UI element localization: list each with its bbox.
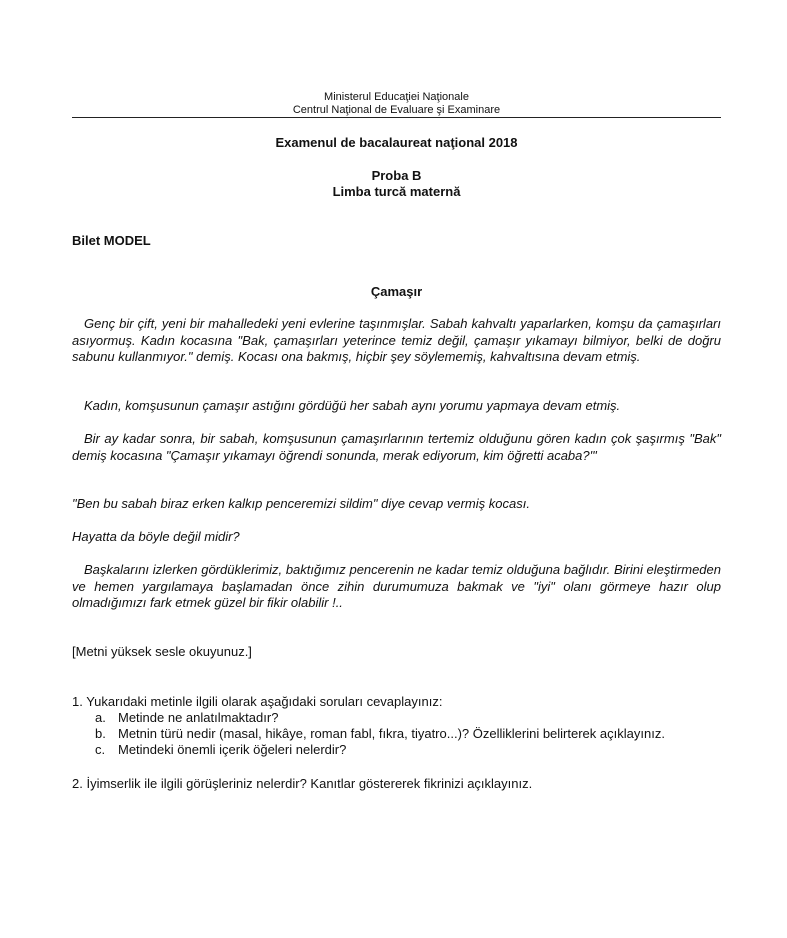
evaluation-center-name: Centrul Naţional de Evaluare şi Examinar… bbox=[72, 104, 721, 117]
header-divider bbox=[72, 117, 721, 118]
question-1-text: 1. Yukarıdaki metinle ilgili olarak aşağ… bbox=[72, 694, 721, 710]
subitem-text: Metnin türü nedir (masal, hikâye, roman … bbox=[118, 726, 665, 741]
subitem-text: Metinde ne anlatılmaktadır? bbox=[118, 710, 278, 725]
story-paragraph: "Ben bu sabah biraz erken kalkıp pencere… bbox=[72, 496, 721, 513]
subitem-marker: b. bbox=[95, 726, 106, 742]
exam-title: Examenul de bacalaureat naţional 2018 bbox=[72, 135, 721, 151]
exam-section: Proba B Limba turcă maternă bbox=[72, 168, 721, 200]
ticket-label: Bilet MODEL bbox=[72, 233, 151, 249]
question-1: 1. Yukarıdaki metinle ilgili olarak aşağ… bbox=[72, 694, 721, 758]
question-subitem: c. Metindeki önemli içerik öğeleri neler… bbox=[72, 742, 721, 758]
story-paragraph: Bir ay kadar sonra, bir sabah, komşusunu… bbox=[72, 431, 721, 464]
subitem-marker: a. bbox=[95, 710, 106, 726]
ministry-name: Ministerul Educaţiei Naţionale bbox=[72, 91, 721, 104]
question-subitem: a. Metinde ne anlatılmaktadır? bbox=[72, 710, 721, 726]
subitem-marker: c. bbox=[95, 742, 105, 758]
story-title: Çamaşır bbox=[72, 284, 721, 300]
question-subitem: b. Metnin türü nedir (masal, hikâye, rom… bbox=[72, 726, 721, 742]
reading-instruction: [Metni yüksek sesle okuyunuz.] bbox=[72, 644, 252, 660]
question-1-subitems: a. Metinde ne anlatılmaktadır? b. Metnin… bbox=[72, 710, 721, 758]
question-2: 2. İyimserlik ile ilgili görüşleriniz ne… bbox=[72, 776, 532, 792]
proba-label: Proba B bbox=[72, 168, 721, 184]
story-paragraph: Başkalarını izlerken gördüklerimiz, bakt… bbox=[72, 562, 721, 612]
subitem-text: Metindeki önemli içerik öğeleri nelerdir… bbox=[118, 742, 346, 757]
document-header: Ministerul Educaţiei Naţionale Centrul N… bbox=[72, 91, 721, 117]
story-paragraph: Kadın, komşusunun çamaşır astığını gördü… bbox=[72, 398, 721, 415]
subject-label: Limba turcă maternă bbox=[72, 184, 721, 200]
story-paragraph: Hayatta da böyle değil midir? bbox=[72, 529, 721, 546]
story-paragraph: Genç bir çift, yeni bir mahalledeki yeni… bbox=[72, 316, 721, 366]
